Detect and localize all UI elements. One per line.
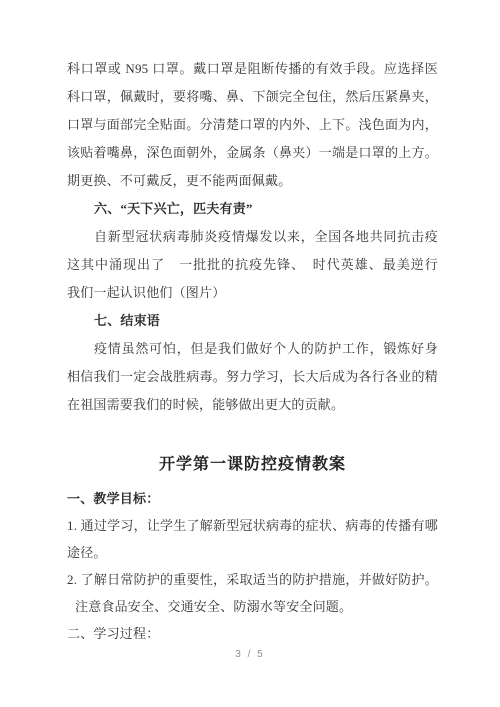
text-line: 在祖国需要我们的时候，能够做出更大的贡献。 [67, 391, 438, 419]
text-line: 我们一起认识他们（图片） [67, 279, 438, 307]
section-six-heading: 六、“天下兴亡，匹夫有责” [67, 195, 438, 223]
text-line: 期更换、不可戴反，更不能两面佩戴。 [67, 167, 438, 195]
text-line: 该贴着嘴鼻，深色面朝外，金属条（鼻夹）一端是口罩的上方。要定 [67, 139, 438, 167]
text-line: 疫情虽然可怕，但是我们做好个人的防护工作，锻炼好身体， [67, 335, 438, 363]
page-number: 3 / 5 [0, 649, 500, 660]
text-line: 科口罩或 N95 口罩。戴口罩是阻断传播的有效手段。应选择医用外 [67, 55, 438, 83]
text-line: 1. 通过学习，让学生了解新型冠状病毒的症状、病毒的传播有哪些 [67, 512, 438, 539]
text-line: 口罩与面部完全贴面。分清楚口罩的内外、上下。浅色面为内，应 [67, 111, 438, 139]
lesson-plan-title: 开学第一课防控疫情教案 [67, 449, 438, 480]
section-seven-heading: 七、结束语 [67, 307, 438, 335]
text-line: 这其中涌现出了 一批批的抗疫先锋、 时代英雄、最美逆行者， [67, 251, 438, 279]
text-line: 相信我们一定会战胜病毒。努力学习，长大后成为各行各业的精英， [67, 363, 438, 391]
text-line: 自新型冠状病毒肺炎疫情爆发以来，全国各地共同抗击疫情。 [67, 223, 438, 251]
process-heading: 二、学习过程： [67, 620, 438, 647]
text-line: 注意食品安全、交通安全、防溺水等安全问题。 [67, 593, 438, 620]
goals-heading: 一、教学目标： [67, 485, 438, 512]
text-line: 途径。 [67, 539, 438, 566]
text-line: 科口罩，佩戴时，要将嘴、鼻、下颌完全包住，然后压紧鼻夹，使 [67, 83, 438, 111]
lesson-plan-section: 一、教学目标： 1. 通过学习，让学生了解新型冠状病毒的症状、病毒的传播有哪些 … [67, 485, 438, 647]
text-line: 2. 了解日常防护的重要性，采取适当的防护措施，并做好防护。3. [67, 566, 438, 593]
document-content: 科口罩或 N95 口罩。戴口罩是阻断传播的有效手段。应选择医用外 科口罩，佩戴时… [67, 55, 438, 647]
document-page: 科口罩或 N95 口罩。戴口罩是阻断传播的有效手段。应选择医用外 科口罩，佩戴时… [0, 0, 500, 707]
